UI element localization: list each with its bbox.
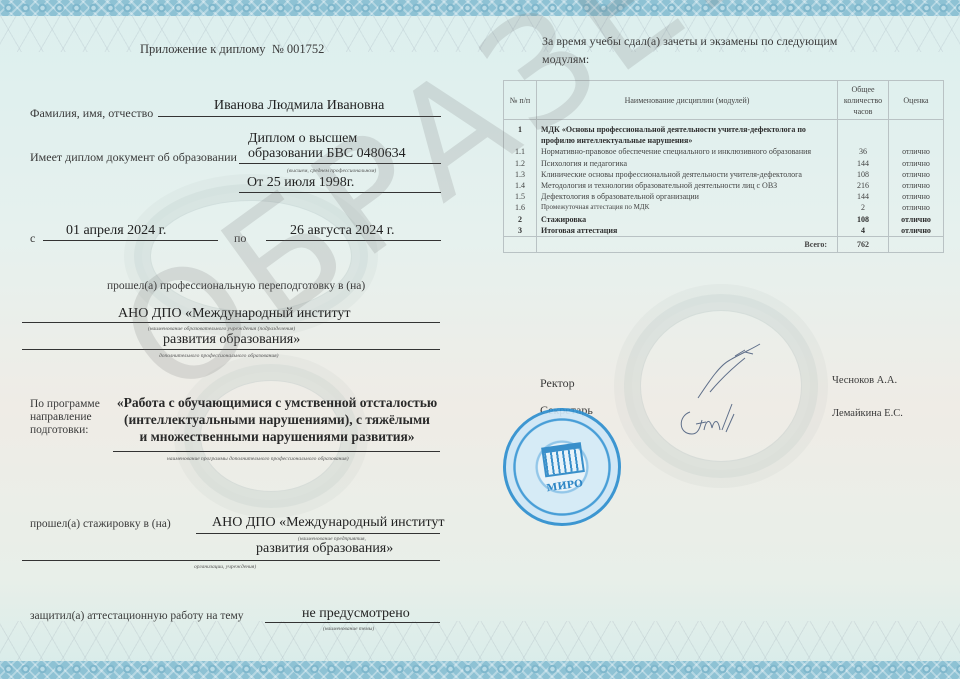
row-mark: отлично	[889, 180, 944, 191]
row-number: 1	[504, 120, 537, 147]
program-underline	[113, 451, 440, 452]
table-row: 1.3Клинические основы профессиональной д…	[504, 169, 944, 180]
row-hours: 4	[838, 225, 889, 237]
table-row: 1МДК «Основы профессиональной деятельнос…	[504, 120, 944, 147]
internship-underline1	[196, 533, 440, 534]
internship-line1: АНО ДПО «Международный институт	[212, 515, 445, 531]
fio-underline	[158, 116, 441, 117]
row-discipline: Психология и педагогика	[537, 158, 838, 169]
row-discipline: Методология и технологии образовательной…	[537, 180, 838, 191]
row-mark: отлично	[889, 158, 944, 169]
table-row: 3Итоговая аттестация4отлично	[504, 225, 944, 237]
secretary-signature	[676, 400, 736, 445]
rector-signature	[690, 340, 770, 400]
row-number: 1.6	[504, 202, 537, 213]
fio-value: Иванова Людмила Ивановна	[214, 98, 384, 114]
diploma-underline	[239, 163, 441, 164]
to-label: по	[234, 231, 246, 246]
fio-label: Фамилия, имя, отчество	[30, 106, 153, 121]
table-row: 1.2Психология и педагогика144отлично	[504, 158, 944, 169]
from-underline	[43, 240, 218, 241]
total-hours: 762	[838, 237, 889, 253]
row-discipline: Дефектология в образовательной организац…	[537, 191, 838, 202]
header-hours: Общее количество часов	[838, 81, 889, 120]
row-hours: 144	[838, 158, 889, 169]
total-label: Всего:	[537, 237, 838, 253]
diploma-value-line2: образовании БВС 0480634	[248, 146, 406, 162]
table-row: 1.6Промежуточная аттестация по МДК2отлич…	[504, 202, 944, 213]
table-header-row: № п/п Наименование дисциплин (модулей) О…	[504, 81, 944, 120]
row-number: 1.5	[504, 191, 537, 202]
institution-stamp: МИРО	[495, 400, 628, 533]
stamp-building-icon	[541, 442, 585, 477]
table-row: 1.1Нормативно-правовое обеспечение специ…	[504, 146, 944, 157]
row-discipline: Итоговая аттестация	[537, 225, 838, 237]
rector-label: Ректор	[540, 376, 575, 391]
row-mark: отлично	[889, 214, 944, 225]
row-hours: 144	[838, 191, 889, 202]
program-hint: наименование программы дополнительного п…	[167, 456, 349, 462]
bottom-guilloche-pattern	[0, 621, 960, 661]
row-mark: отлично	[889, 191, 944, 202]
program-label: По программе направление подготовки:	[30, 398, 100, 437]
institution-hint2: дополнительного профессионального образо…	[159, 353, 278, 359]
row-discipline: Стажировка	[537, 214, 838, 225]
row-number: 1.2	[504, 158, 537, 169]
top-ornament-border	[0, 0, 960, 16]
diploma-hint: (высшем, среднем профессиональном)	[287, 168, 376, 174]
institution-line1: АНО ДПО «Международный институт	[118, 306, 351, 322]
background-rosette	[150, 200, 352, 312]
diploma-date: От 25 июля 1998г.	[247, 175, 354, 191]
row-discipline: МДК «Основы профессиональной деятельност…	[537, 120, 838, 147]
internship-label: прошел(а) стажировку в (на)	[30, 518, 171, 530]
row-hours: 36	[838, 146, 889, 157]
diploma-supplement: Приложение к диплому № 001752 Фамилия, и…	[0, 0, 960, 679]
diploma-value-line1: Диплом о высшем	[248, 131, 357, 147]
table-total-row: Всего: 762	[504, 237, 944, 253]
thesis-hint: (наименование темы)	[323, 626, 374, 632]
header-mark: Оценка	[889, 81, 944, 120]
row-discipline: Промежуточная аттестация по МДК	[537, 202, 838, 213]
row-number: 1.4	[504, 180, 537, 191]
row-number: 1.1	[504, 146, 537, 157]
header-number: № п/п	[504, 81, 537, 120]
modules-intro: За время учебы сдал(а) зачеты и экзамены…	[542, 32, 837, 68]
row-mark: отлично	[889, 202, 944, 213]
internship-underline2	[22, 560, 440, 561]
row-hours: 108	[838, 214, 889, 225]
institution-line2: развития образования»	[163, 332, 300, 348]
row-mark: отлично	[889, 169, 944, 180]
row-hours: 108	[838, 169, 889, 180]
document-title: Приложение к диплому № 001752	[140, 42, 324, 57]
diploma-label: Имеет диплом документ об образовании	[30, 150, 237, 165]
table-row: 2Стажировка108отлично	[504, 214, 944, 225]
from-label: с	[30, 231, 35, 246]
bottom-ornament-border	[0, 661, 960, 679]
thesis-underline	[265, 622, 440, 623]
row-hours: 216	[838, 180, 889, 191]
thesis-value: не предусмотрено	[302, 606, 410, 622]
table-row: 1.5Дефектология в образовательной органи…	[504, 191, 944, 202]
to-underline	[266, 240, 441, 241]
diploma-number: 001752	[287, 42, 325, 56]
program-title: «Работа с обучающимися с умственной отст…	[112, 394, 442, 445]
internship-line2: развития образования»	[256, 541, 393, 557]
secretary-name: Лемайкина Е.С.	[832, 408, 903, 419]
to-date: 26 августа 2024 г.	[290, 223, 394, 239]
row-mark: отлично	[889, 146, 944, 157]
from-date: 01 апреля 2024 г.	[66, 223, 166, 239]
institution-underline1	[22, 322, 440, 323]
grades-table: № п/п Наименование дисциплин (модулей) О…	[503, 80, 944, 253]
row-number: 1.3	[504, 169, 537, 180]
rector-name: Чесноков А.А.	[832, 375, 897, 386]
header-discipline: Наименование дисциплин (модулей)	[537, 81, 838, 120]
thesis-label: защитил(а) аттестационную работу на тему	[30, 610, 244, 622]
row-number: 2	[504, 214, 537, 225]
row-number: 3	[504, 225, 537, 237]
row-hours: 2	[838, 202, 889, 213]
stamp-text: МИРО	[508, 473, 620, 499]
row-mark	[889, 120, 944, 147]
row-discipline: Клинические основы профессиональной деят…	[537, 169, 838, 180]
institution-underline2	[22, 349, 440, 350]
row-hours	[838, 120, 889, 147]
retraining-label: прошел(а) профессиональную переподготовк…	[107, 280, 365, 292]
internship-hint2: организации, учреждения)	[194, 564, 256, 570]
row-discipline: Нормативно-правовое обеспечение специаль…	[537, 146, 838, 157]
diploma-date-underline	[239, 192, 441, 193]
table-row: 1.4Методология и технологии образователь…	[504, 180, 944, 191]
row-mark: отлично	[889, 225, 944, 237]
